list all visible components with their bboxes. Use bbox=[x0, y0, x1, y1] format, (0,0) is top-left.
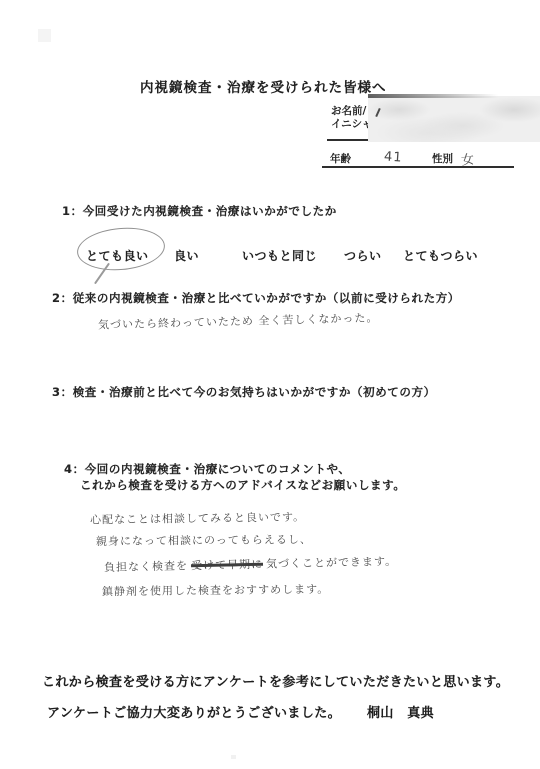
age-label: 年齢 bbox=[330, 151, 351, 166]
question-4-answer-line4: 鎮静剤を使用した検査をおすすめします。 bbox=[102, 581, 329, 599]
footer-request-line: これから検査を受ける方にアンケートを参考にしていただきたいと思います。 bbox=[42, 671, 509, 690]
scanned-questionnaire-page: 内視鏡検査・治療を受けられた皆様へ お名前/ イニシャル 年齢 41 性別 女 … bbox=[0, 0, 540, 769]
footer-thanks-text: アンケートご協力大変ありがとうございました。 bbox=[47, 706, 341, 721]
age-value-handwritten: 41 bbox=[383, 149, 403, 165]
redacted-name-area bbox=[368, 96, 540, 142]
gender-label: 性別 bbox=[432, 151, 453, 166]
q1-option-same-as-usual: いつもと同じ bbox=[242, 247, 317, 264]
answer-line3-strikethrough: 受けて早期に bbox=[191, 558, 263, 573]
answer-circle-mark bbox=[75, 224, 166, 274]
question-2-label: 2：従来の内視鏡検査・治療と比べていかがですか（以前に受けられた方） bbox=[52, 290, 460, 306]
answer-line3-before: 負担なく検査を bbox=[104, 559, 188, 574]
signature-name: 桐山 真典 bbox=[367, 706, 434, 721]
form-title: 内視鏡検査・治療を受けられた皆様へ bbox=[140, 76, 387, 96]
footer-thanks-line: アンケートご協力大変ありがとうございました。桐山 真典 bbox=[47, 702, 434, 721]
q1-option-hard: つらい bbox=[344, 247, 382, 264]
question-2-handwritten-answer: 気づいたら終わっていたため 全く苦しくなかった。 bbox=[98, 309, 379, 332]
question-4-label-line1: 4：今回の内視鏡検査・治療についてのコメントや、 bbox=[64, 461, 350, 477]
scan-artifact-square bbox=[38, 29, 51, 42]
question-3-label: 3：検査・治療前と比べて今のお気持ちはいかがですか（初めての方） bbox=[52, 384, 436, 400]
question-4-answer-line3: 負担なく検査を受けて早期に気づくことができます。 bbox=[104, 553, 397, 575]
question-4-answer-line1: 心配なことは相談してみると良いです。 bbox=[90, 508, 305, 527]
scan-artifact-dot bbox=[231, 755, 236, 759]
redaction-top-smudge bbox=[368, 94, 498, 98]
question-1-label: 1：今回受けた内視鏡検査・治療はいかがでしたか bbox=[62, 203, 337, 219]
age-gender-underline bbox=[322, 166, 514, 168]
answer-line3-after: 気づくことができます。 bbox=[266, 555, 397, 571]
q1-option-good: 良い bbox=[174, 247, 199, 264]
question-4-answer-line2: 親身になって相談にのってもらえるし、 bbox=[96, 531, 312, 549]
q1-option-very-hard: とてもつらい bbox=[403, 247, 478, 264]
question-4-label-line2: これから検査を受ける方へのアドバイスなどお願いします。 bbox=[80, 477, 405, 493]
